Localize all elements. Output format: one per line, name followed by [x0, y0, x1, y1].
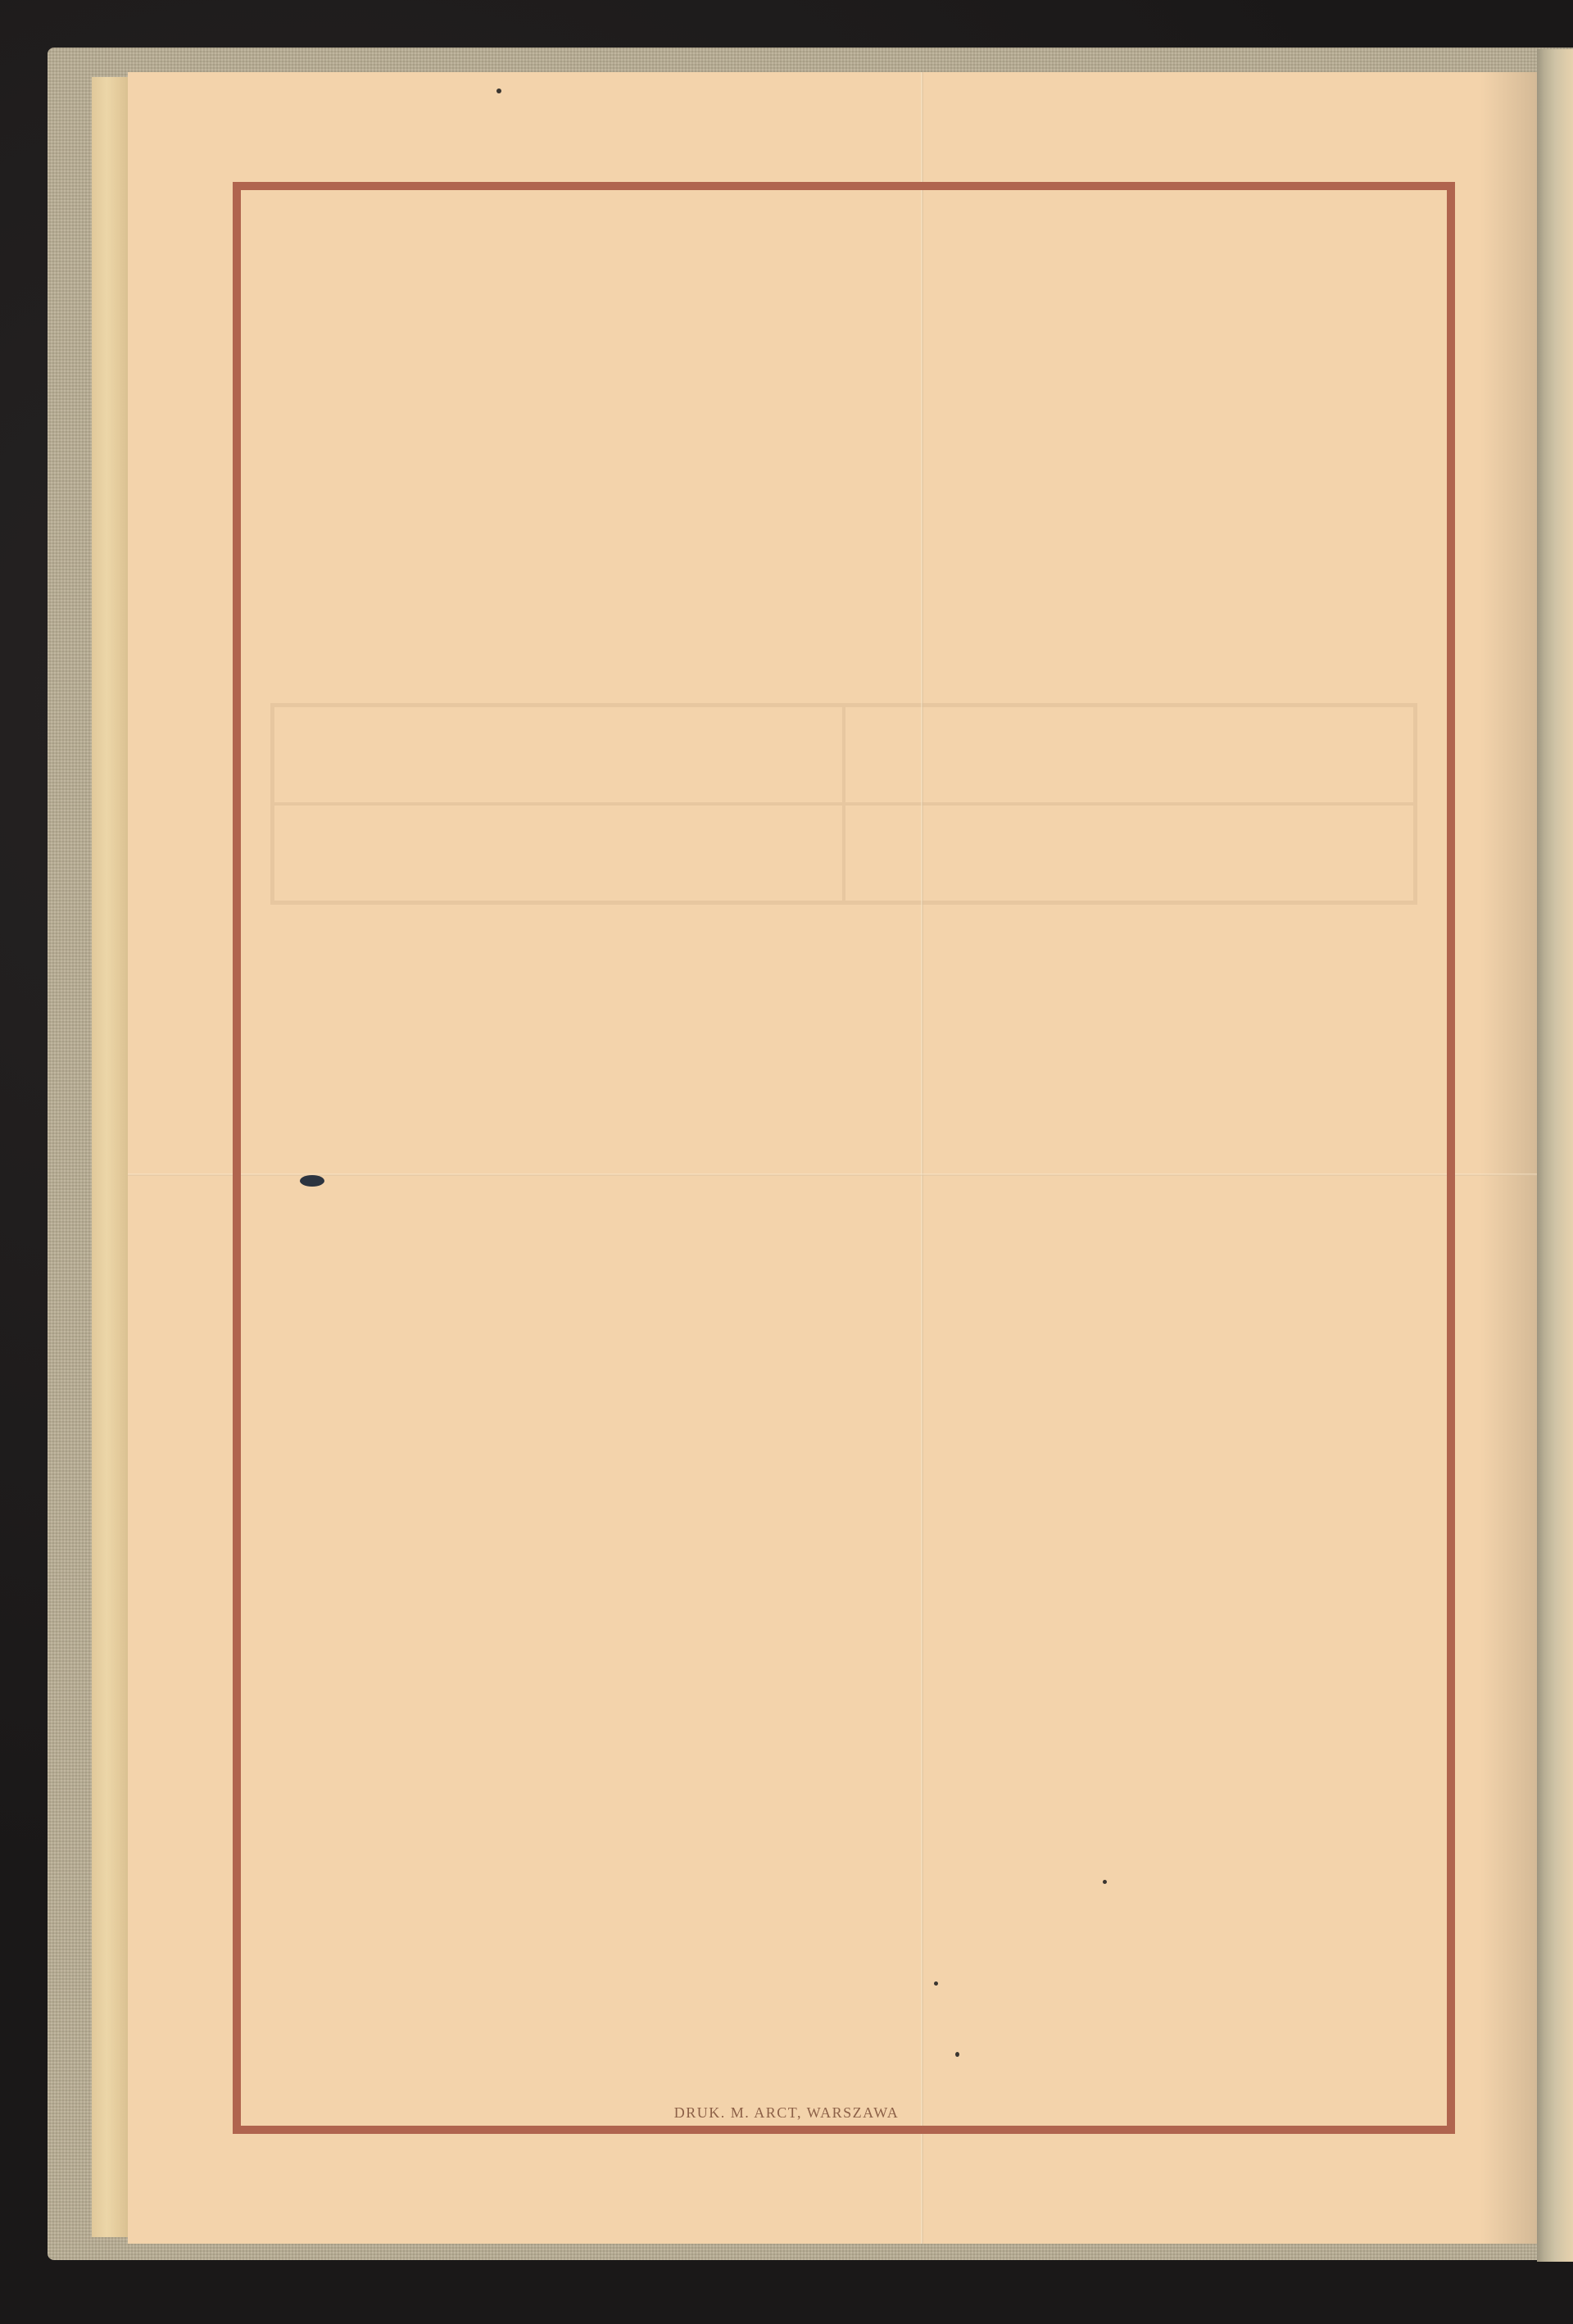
printer-imprint: DRUK. M. ARCT, WARSZAWA: [0, 2104, 1573, 2122]
foxing-spot: [955, 2052, 959, 2057]
book-page: ​ ​ ​ ​ ​: [128, 72, 1537, 2244]
ink-blot: [300, 1175, 324, 1187]
foxing-spot: [934, 1981, 938, 1986]
foxing-spot: [1103, 1880, 1107, 1884]
red-border-frame: [233, 182, 1455, 2134]
page-edges: [92, 77, 130, 2237]
foxing-spot: [496, 89, 501, 93]
facing-page-edge: [1537, 49, 1573, 2262]
